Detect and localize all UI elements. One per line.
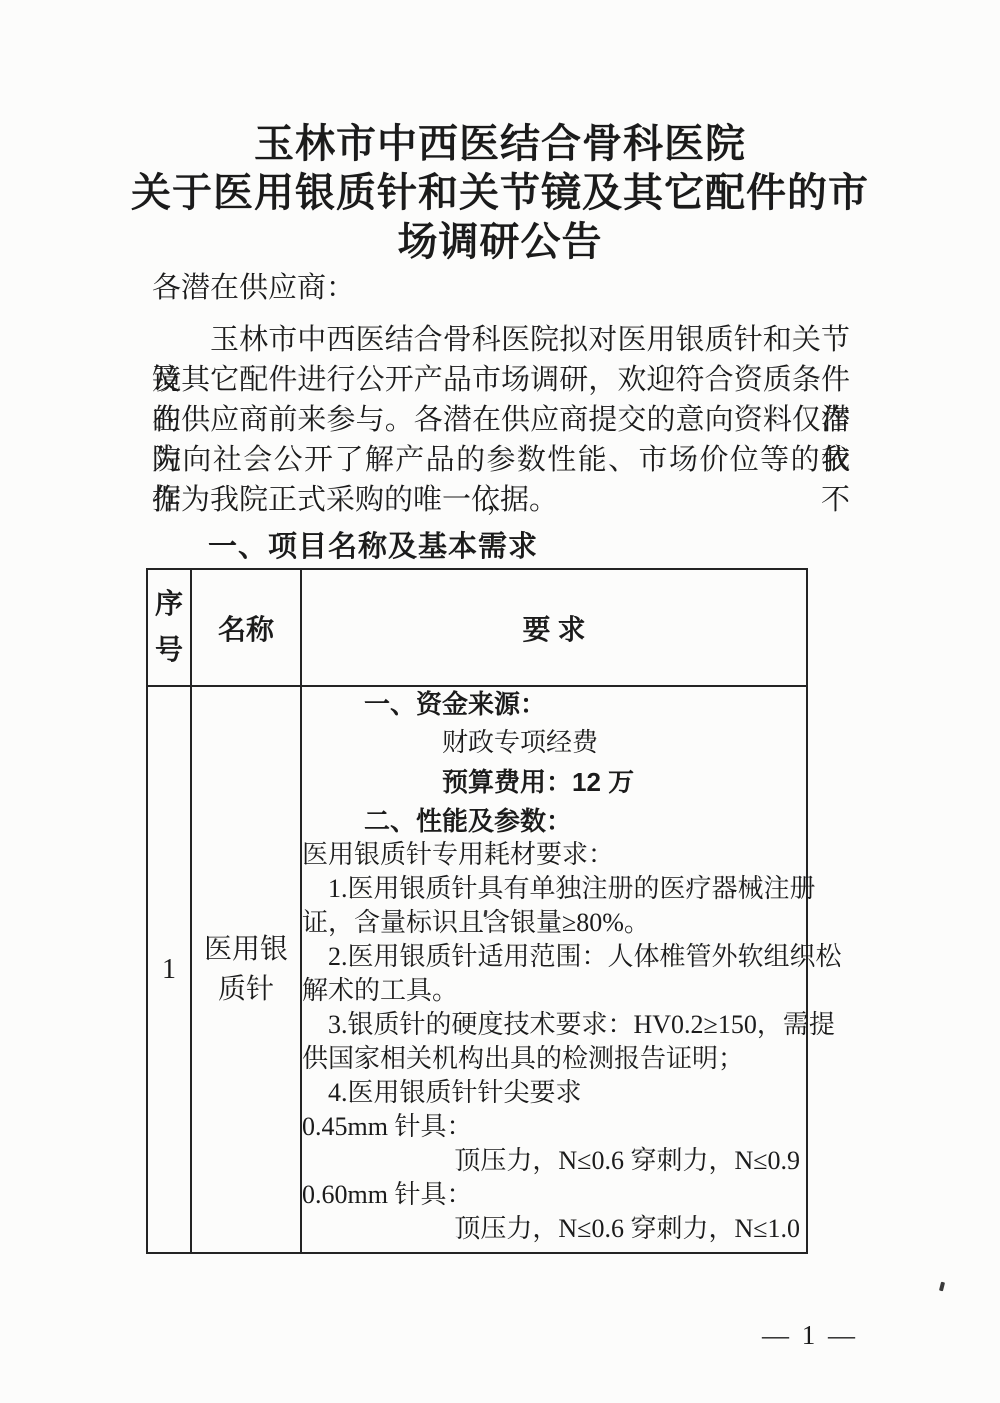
requirement-line: 二、性能及参数：	[302, 804, 806, 838]
document-title: 玉林市中西医结合骨科医院 关于医用银质针和关节镜及其它配件的市 场调研公告	[0, 120, 1000, 267]
scan-artifact-tick	[939, 1282, 945, 1292]
requirement-line: 顶压力，N≤0.6 穿刺力，N≤1.0	[302, 1212, 806, 1246]
row-index-cell: 1	[147, 686, 191, 1253]
paragraph-line: 玉林市中西医结合骨科医院拟对医用银质针和关节镜	[152, 320, 850, 360]
requirement-line: 医用银质针专用耗材要求：	[302, 838, 806, 872]
row-name-cell: 医用银质针	[191, 686, 301, 1253]
requirement-line: 4.医用银质针针尖要求	[302, 1076, 806, 1110]
scanned-document-page: 玉林市中西医结合骨科医院 关于医用银质针和关节镜及其它配件的市 场调研公告 各潜…	[0, 0, 1000, 1403]
requirement-line: 3.银质针的硬度技术要求：HV0.2≥150，需提	[302, 1008, 806, 1042]
row-requirement-cell: 一、资金来源： 财政专项经费 预算费用：12 万 二、性能及参数： 医用银质针专…	[301, 686, 807, 1253]
paragraph-line: 院向社会公开了解产品的参数性能、市场价位等的依据，不	[152, 440, 850, 480]
salutation: 各潜在供应商：	[152, 268, 355, 308]
title-line-1: 玉林市中西医结合骨科医院	[0, 120, 1000, 169]
table-row: 1 医用银质针 一、资金来源： 财政专项经费 预算费用：12 万 二、性能及参数…	[147, 686, 807, 1253]
page-number: — 1 —	[752, 1318, 868, 1352]
requirement-line: 1.医用银质针具有单独注册的医疗器械注册	[302, 872, 806, 906]
header-cell-index: 序号	[147, 569, 191, 686]
requirement-line: 一、资金来源：	[302, 687, 806, 721]
body-paragraph: 玉林市中西医结合骨科医院拟对医用银质针和关节镜 及其它配件进行公开产品市场调研，…	[152, 320, 850, 520]
section-heading: 一、项目名称及基本需求	[208, 527, 538, 567]
requirements-table: 序号 名称 要 求 1 医用银质针 一、资金来源： 财政专项经费 预算费用：12…	[146, 568, 808, 1254]
requirement-line: 2.医用银质针适用范围：人体椎管外软组织松	[302, 940, 806, 974]
title-line-3: 场调研公告	[0, 218, 1000, 267]
requirement-line: 证，含量标识且含银量≥80%。	[302, 906, 806, 940]
header-cell-name: 名称	[191, 569, 301, 686]
requirement-line: 0.60mm 针具：	[302, 1178, 806, 1212]
requirement-line: 预算费用：12 万	[302, 765, 806, 799]
table-header-row: 序号 名称 要 求	[147, 569, 807, 686]
requirement-line: 供国家相关机构出具的检测报告证明；	[302, 1042, 806, 1076]
requirement-line: 顶压力，N≤0.6 穿刺力，N≤0.9	[302, 1144, 806, 1178]
requirement-line: 财政专项经费	[302, 726, 806, 760]
requirement-line: 0.45mm 针具：	[302, 1110, 806, 1144]
paragraph-line: 在供应商前来参与。各潜在供应商提交的意向资料仅作为我	[152, 400, 850, 440]
title-line-2: 关于医用银质针和关节镜及其它配件的市	[0, 169, 1000, 218]
header-cell-requirement: 要 求	[301, 569, 807, 686]
paragraph-line: 及其它配件进行公开产品市场调研，欢迎符合资质条件的潜	[152, 360, 850, 400]
requirement-line: 解术的工具。	[302, 974, 806, 1008]
